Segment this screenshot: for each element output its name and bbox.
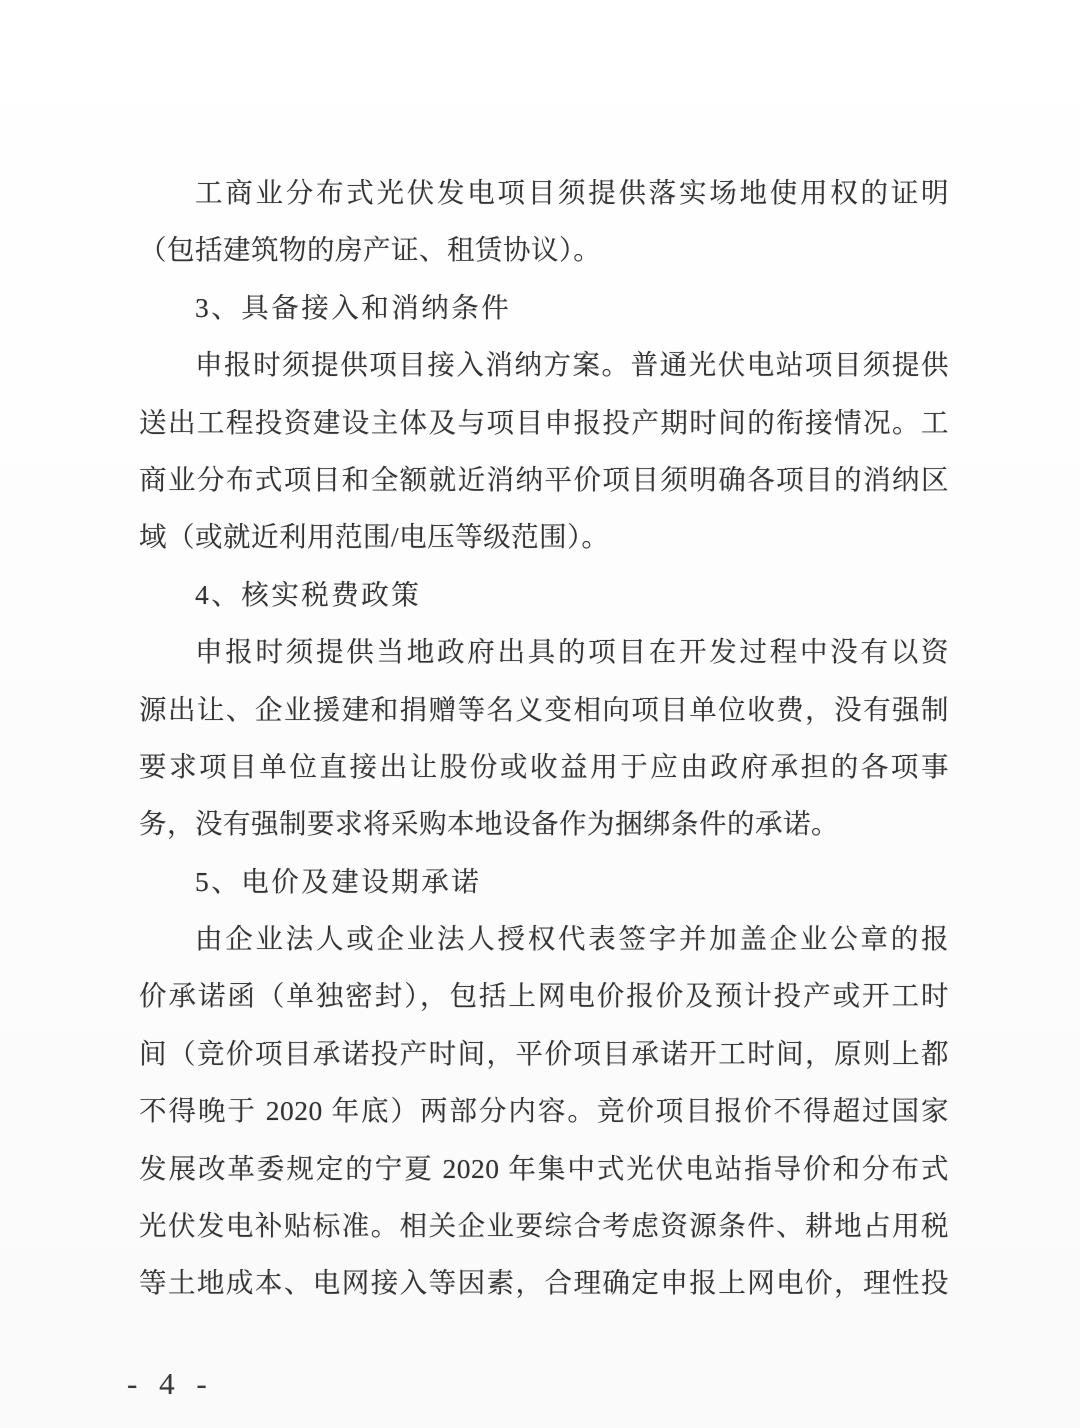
text-line: 要求项目单位直接出让股份或收益用于应由政府承担的各项事	[139, 738, 949, 795]
text-line: 不得晚于 2020 年底）两部分内容。竞价项目报价不得超过国家	[139, 1082, 949, 1139]
text-line: 域（或就近利用范围/电压等级范围）。	[139, 508, 949, 565]
text-line: 务，没有强制要求将采购本地设备作为捆绑条件的承诺。	[139, 795, 949, 852]
text-line: 间（竞价项目承诺投产时间，平价项目承诺开工时间，原则上都	[139, 1025, 949, 1082]
document-body: 工商业分布式光伏发电项目须提供落实场地使用权的证明 （包括建筑物的房产证、租赁协…	[139, 164, 949, 1312]
text-line: 申报时须提供项目接入消纳方案。普通光伏电站项目须提供	[139, 336, 949, 393]
document-page: 工商业分布式光伏发电项目须提供落实场地使用权的证明 （包括建筑物的房产证、租赁协…	[0, 0, 1080, 1428]
section-heading: 3、具备接入和消纳条件	[139, 279, 949, 336]
text-line: 源出让、企业援建和捐赠等名义变相向项目单位收费，没有强制	[139, 681, 949, 738]
page-number: - 4 -	[127, 1366, 214, 1402]
text-line: 发展改革委规定的宁夏 2020 年集中式光伏电站指导价和分布式	[139, 1140, 949, 1197]
text-line: 申报时须提供当地政府出具的项目在开发过程中没有以资	[139, 623, 949, 680]
text-line: 等土地成本、电网接入等因素，合理确定申报上网电价，理性投	[139, 1254, 949, 1311]
text-line: 送出工程投资建设主体及与项目申报投产期时间的衔接情况。工	[139, 394, 949, 451]
section-heading: 5、电价及建设期承诺	[139, 853, 949, 910]
text-line: 由企业法人或企业法人授权代表签字并加盖企业公章的报	[139, 910, 949, 967]
text-line: 价承诺函（单独密封），包括上网电价报价及预计投产或开工时	[139, 967, 949, 1024]
text-line: 光伏发电补贴标准。相关企业要综合考虑资源条件、耕地占用税	[139, 1197, 949, 1254]
text-line: 商业分布式项目和全额就近消纳平价项目须明确各项目的消纳区	[139, 451, 949, 508]
text-line: 工商业分布式光伏发电项目须提供落实场地使用权的证明	[139, 164, 949, 221]
section-heading: 4、核实税费政策	[139, 566, 949, 623]
text-line: （包括建筑物的房产证、租赁协议）。	[139, 221, 949, 278]
